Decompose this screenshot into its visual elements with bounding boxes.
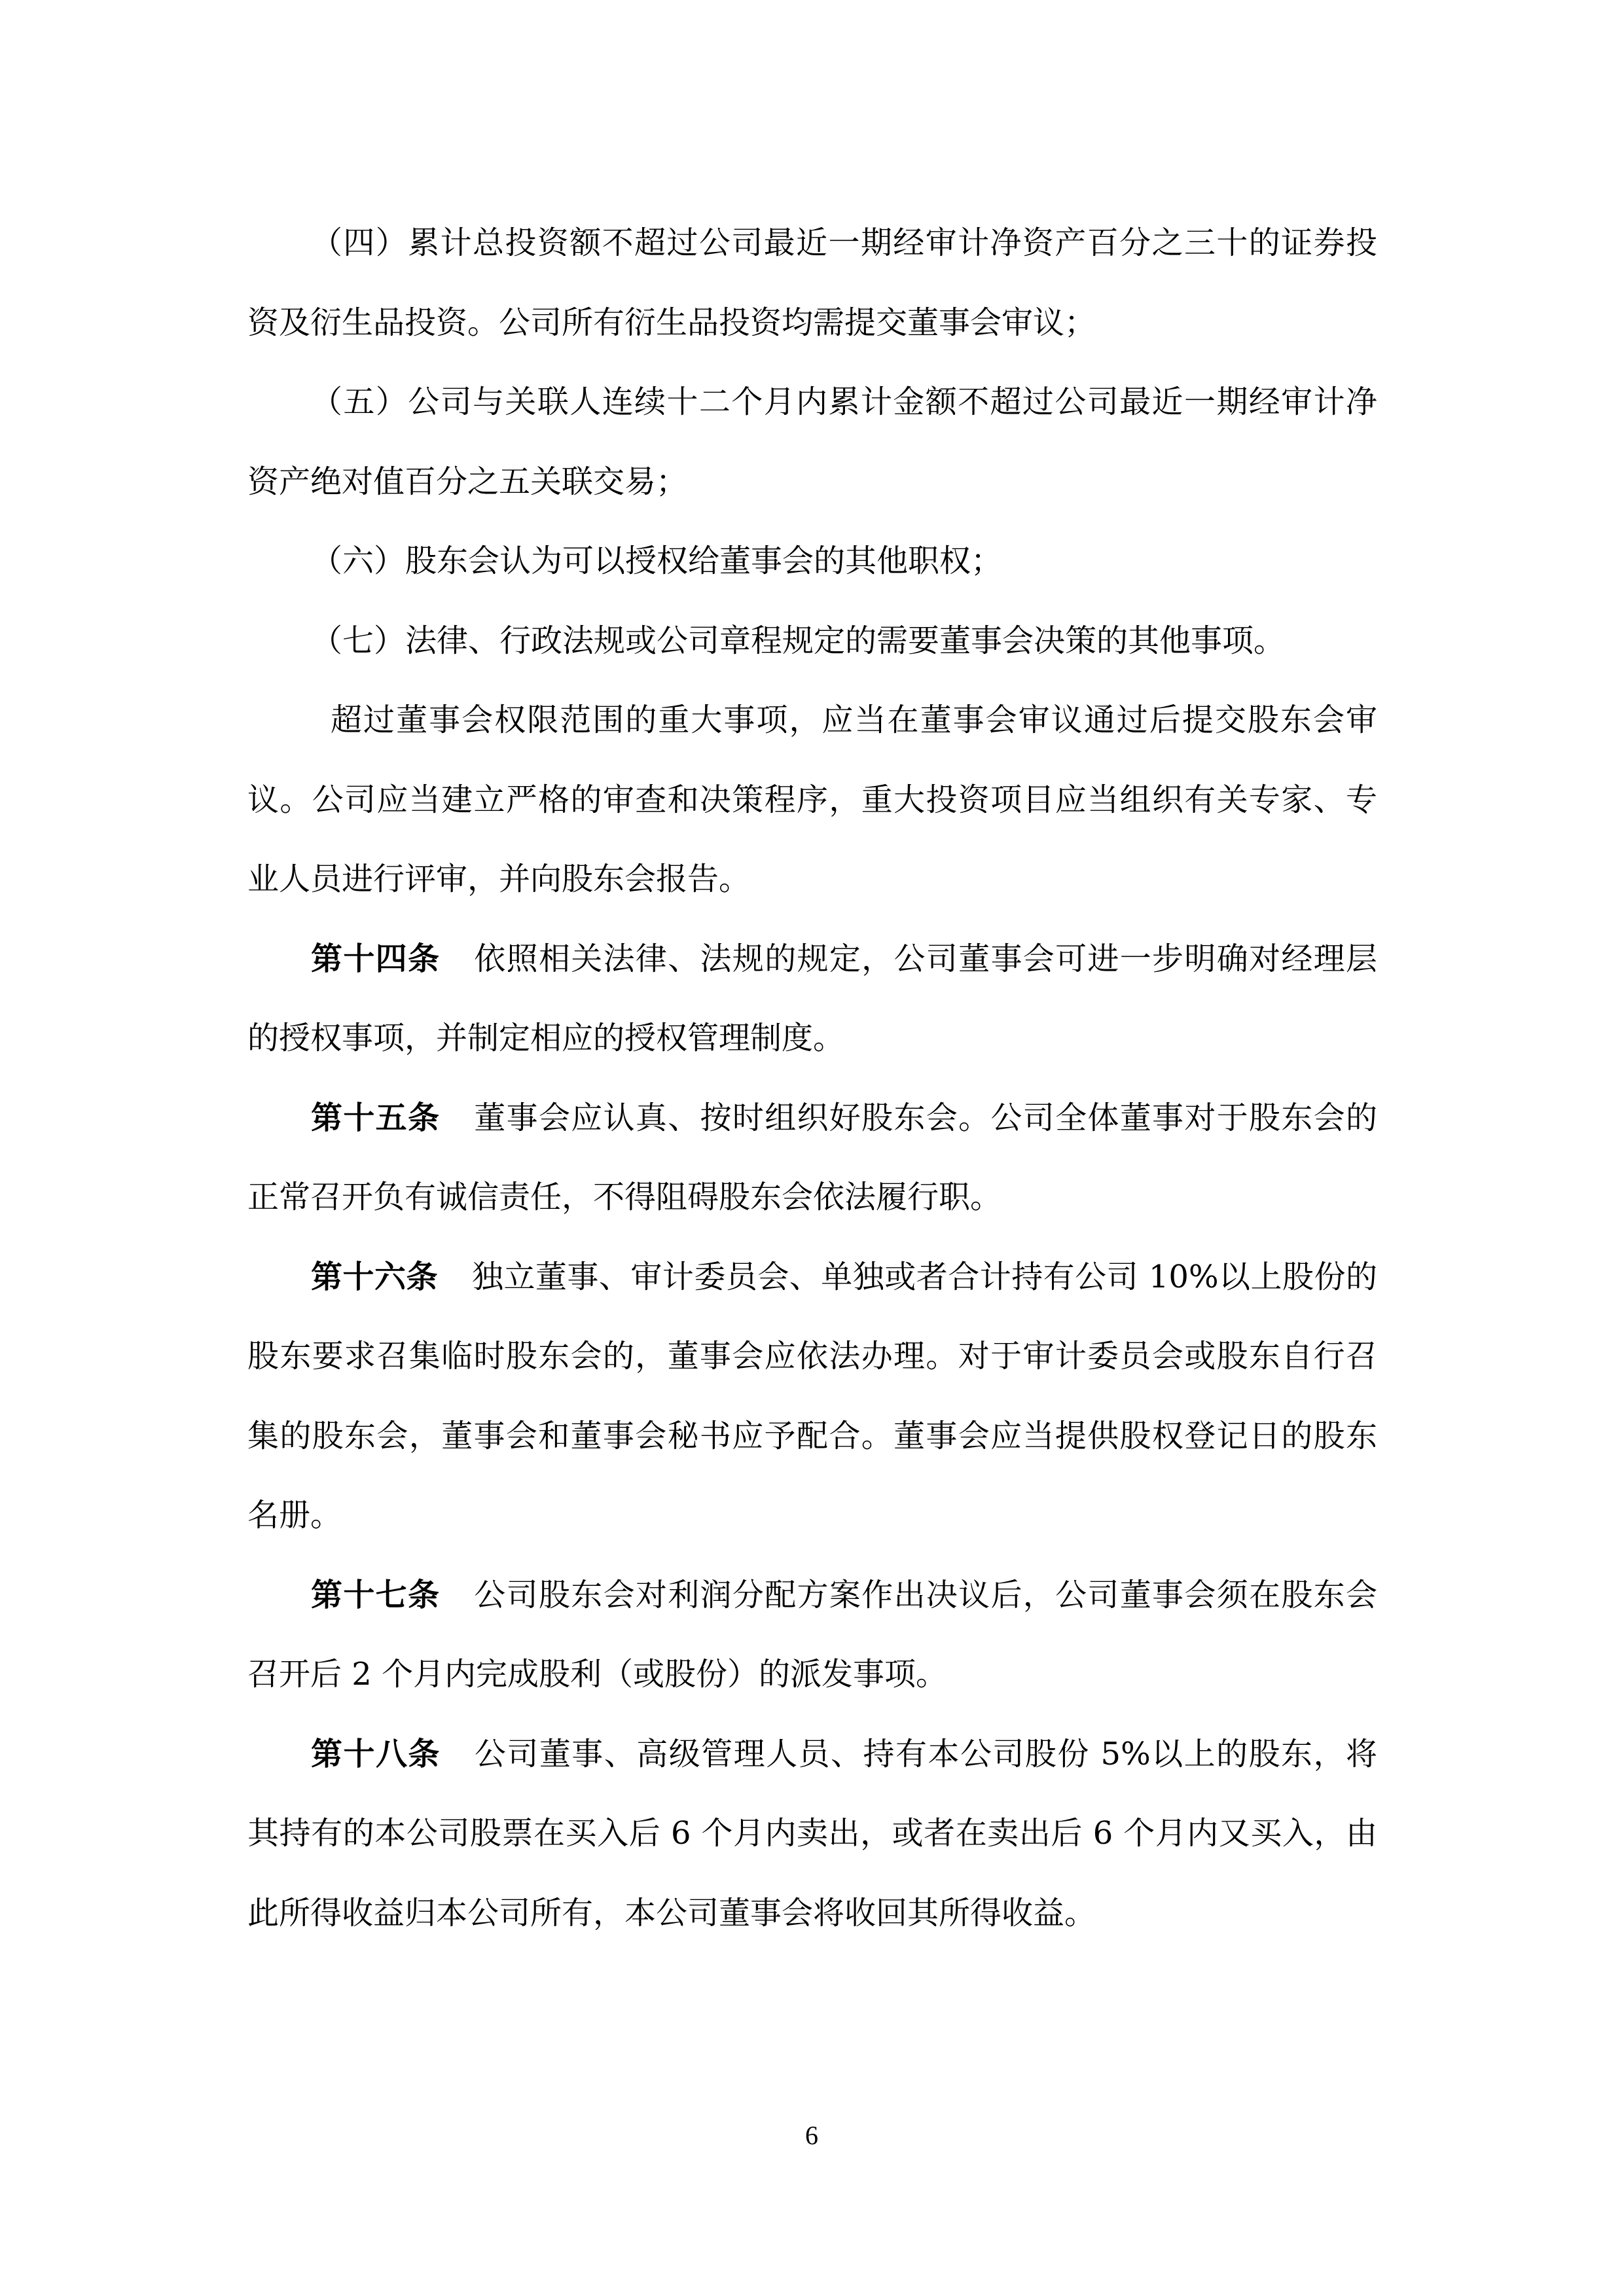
article-18-line-2: 其持有的本公司股票在买入后 6 个月内卖出，或者在卖出后 6 个月内又买入，由 xyxy=(247,1810,1377,1890)
paragraph-beyond-authority-line-3: 业人员进行评审，并向股东会报告。 xyxy=(247,856,1377,936)
article-18-line-1: 第十八条公司董事、高级管理人员、持有本公司股份 5%以上的股东，将 xyxy=(247,1731,1377,1811)
article-15-line-2: 正常召开负有诚信责任，不得阻碍股东会依法履行职。 xyxy=(247,1174,1377,1254)
article-16-text-1: 独立董事、审计委员会、单独或者合计持有公司 10%以上股份的 xyxy=(472,1259,1377,1295)
article-14-heading: 第十四条 xyxy=(311,941,440,977)
paragraph-item-5-line-1: （五）公司与关联人连续十二个月内累计金额不超过公司最近一期经审计净 xyxy=(247,379,1377,459)
paragraph-beyond-authority-line-1: 超过董事会权限范围的重大事项，应当在董事会审议通过后提交股东会审 xyxy=(247,697,1377,777)
article-18-line-3: 此所得收益归本公司所有，本公司董事会将收回其所得收益。 xyxy=(247,1890,1377,1970)
paragraph-beyond-authority-line-2: 议。公司应当建立严格的审查和决策程序，重大投资项目应当组织有关专家、专 xyxy=(247,777,1377,857)
article-16-line-2: 股东要求召集临时股东会的，董事会应依法办理。对于审计委员会或股东自行召 xyxy=(247,1333,1377,1413)
paragraph-item-4-line-2: 资及衍生品投资。公司所有衍生品投资均需提交董事会审议； xyxy=(247,300,1377,380)
article-15-text-1: 董事会应认真、按时组织好股东会。公司全体董事对于股东会的 xyxy=(474,1100,1377,1136)
page-number: 6 xyxy=(779,2119,844,2152)
article-14-text-1: 依照相关法律、法规的规定，公司董事会可进一步明确对经理层 xyxy=(474,941,1377,977)
article-14-line-1: 第十四条依照相关法律、法规的规定，公司董事会可进一步明确对经理层 xyxy=(247,936,1377,1016)
article-16-line-3: 集的股东会，董事会和董事会秘书应予配合。董事会应当提供股权登记日的股东 xyxy=(247,1413,1377,1493)
article-18-text-1: 公司董事、高级管理人员、持有本公司股份 5%以上的股东，将 xyxy=(475,1736,1377,1772)
document-page: （四）累计总投资额不超过公司最近一期经审计净资产百分之三十的证券投 资及衍生品投… xyxy=(0,0,1624,2296)
paragraph-item-7-line-1: （七）法律、行政法规或公司章程规定的需要董事会决策的其他事项。 xyxy=(247,618,1377,698)
document-body: （四）累计总投资额不超过公司最近一期经审计净资产百分之三十的证券投 资及衍生品投… xyxy=(247,220,1377,1969)
article-16-line-4: 名册。 xyxy=(247,1492,1377,1572)
article-16-heading: 第十六条 xyxy=(311,1259,438,1295)
article-17-heading: 第十七条 xyxy=(311,1577,440,1613)
article-17-text-1: 公司股东会对利润分配方案作出决议后，公司董事会须在股东会 xyxy=(474,1577,1377,1613)
article-17-line-2: 召开后 2 个月内完成股利（或股份）的派发事项。 xyxy=(247,1651,1377,1731)
article-14-line-2: 的授权事项，并制定相应的授权管理制度。 xyxy=(247,1015,1377,1095)
paragraph-item-4-line-1: （四）累计总投资额不超过公司最近一期经审计净资产百分之三十的证券投 xyxy=(247,220,1377,300)
article-17-line-1: 第十七条公司股东会对利润分配方案作出决议后，公司董事会须在股东会 xyxy=(247,1572,1377,1652)
article-16-line-1: 第十六条独立董事、审计委员会、单独或者合计持有公司 10%以上股份的 xyxy=(247,1254,1377,1334)
article-15-line-1: 第十五条董事会应认真、按时组织好股东会。公司全体董事对于股东会的 xyxy=(247,1095,1377,1175)
paragraph-item-5-line-2: 资产绝对值百分之五关联交易； xyxy=(247,459,1377,539)
paragraph-item-6-line-1: （六）股东会认为可以授权给董事会的其他职权； xyxy=(247,538,1377,618)
article-18-heading: 第十八条 xyxy=(311,1736,441,1772)
article-15-heading: 第十五条 xyxy=(311,1100,440,1136)
